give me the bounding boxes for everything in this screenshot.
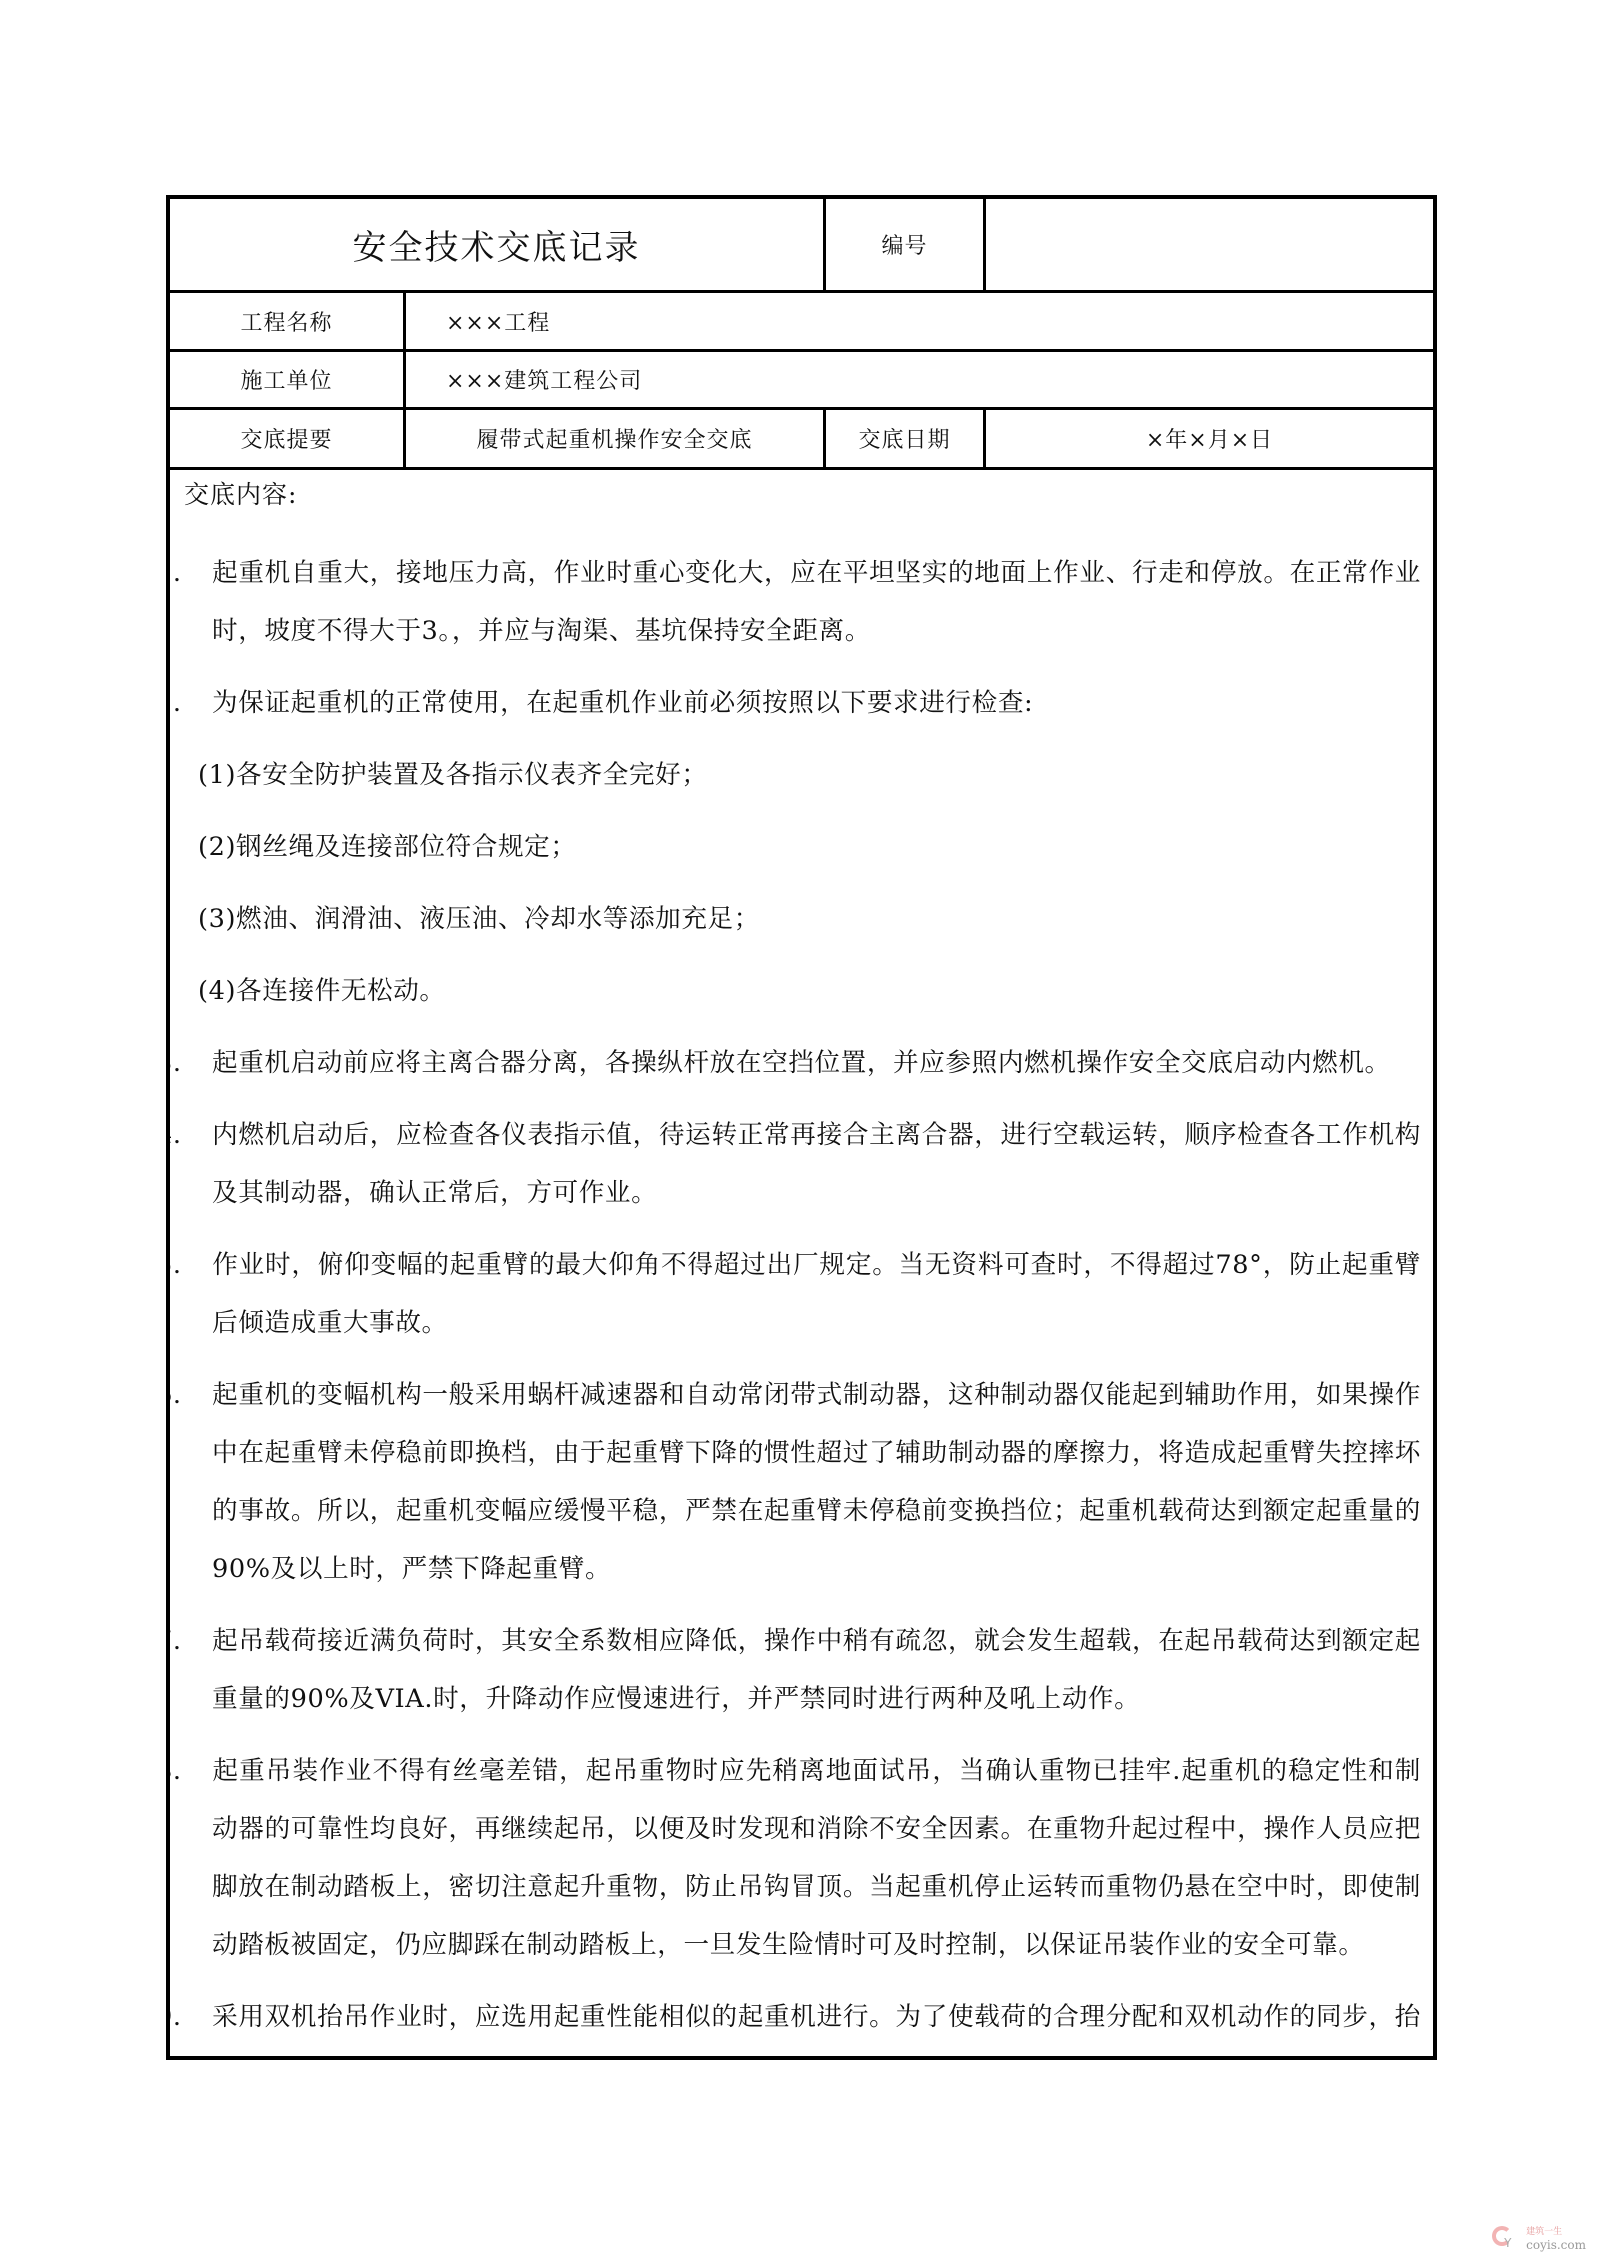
item-number: 5. bbox=[184, 1236, 212, 1294]
item-number: 4. bbox=[184, 1106, 212, 1164]
content-item-2: 2.为保证起重机的正常使用，在起重机作业前必须按照以下要求进行检查: bbox=[184, 674, 1421, 732]
content-item-5: 5.作业时，俯仰变幅的起重臂的最大仰角不得超过出厂规定。当无资料可查时，不得超过… bbox=[184, 1236, 1421, 1352]
content-item-9: 9.采用双机抬吊作业时，应选用起重性能相似的起重机进行。为了使载荷的合理分配和双… bbox=[184, 1988, 1421, 2056]
date-label: 交底日期 bbox=[858, 423, 950, 454]
site-watermark: Y 建筑一生 coyis.com bbox=[1492, 2226, 1586, 2252]
content-item-6: 6.起重机的变幅机构一般采用蜗杆减速器和自动常闭带式制动器，这种制动器仅能起到辅… bbox=[184, 1366, 1421, 1598]
project-name-label-cell: 工程名称 bbox=[170, 293, 403, 349]
summary-row: 交底提要 履带式起重机操作安全交底 交底日期 ×年×月×日 bbox=[170, 410, 1433, 470]
item-text: 起重吊装作业不得有丝毫差错，起吊重物时应先稍离地面试吊，当确认重物已挂牢.起重机… bbox=[212, 1756, 1421, 1960]
item-number: 7. bbox=[184, 1612, 212, 1670]
watermark-en: coyis.com bbox=[1526, 2239, 1586, 2252]
item-number: 9. bbox=[184, 1988, 212, 2046]
contractor-row: 施工单位 ×××建筑工程公司 bbox=[170, 352, 1433, 410]
item-number: 3. bbox=[184, 1034, 212, 1092]
item-number: 6. bbox=[184, 1366, 212, 1424]
summary-value-cell: 履带式起重机操作安全交底 bbox=[403, 410, 823, 467]
project-name-label: 工程名称 bbox=[240, 306, 332, 337]
title-cell: 安全技术交底记录 bbox=[170, 199, 823, 290]
title-row: 安全技术交底记录 编号 bbox=[170, 199, 1433, 293]
content-item-3: 3.起重机启动前应将主离合器分离，各操纵杆放在空挡位置，并应参照内燃机操作安全交… bbox=[184, 1034, 1421, 1092]
date-value: ×年×月×日 bbox=[1146, 423, 1273, 454]
item-text: 采用双机抬吊作业时，应选用起重性能相似的起重机进行。为了使载荷的合理分配和双机动… bbox=[212, 2002, 1421, 2056]
project-name-value: ×××工程 bbox=[446, 306, 550, 337]
check-item-1: (1)各安全防护装置及各指示仪表齐全完好； bbox=[198, 746, 1421, 804]
item-text: 作业时，俯仰变幅的起重臂的最大仰角不得超过出厂规定。当无资料可查时，不得超过78… bbox=[212, 1250, 1421, 1338]
item-text: 起重机自重大，接地压力高，作业时重心变化大，应在平坦坚实的地面上作业、行走和停放… bbox=[212, 558, 1421, 646]
item-text: 内燃机启动后，应检查各仪表指示值，待运转正常再接合主离合器，进行空载运转，顺序检… bbox=[212, 1120, 1421, 1208]
summary-value: 履带式起重机操作安全交底 bbox=[476, 423, 752, 454]
content-item-1: 1.起重机自重大，接地压力高，作业时重心变化大，应在平坦坚实的地面上作业、行走和… bbox=[184, 544, 1421, 660]
item-number: 1. bbox=[184, 544, 212, 602]
number-value-cell bbox=[983, 199, 1433, 290]
item-text: 起重机的变幅机构一般采用蜗杆减速器和自动常闭带式制动器，这种制动器仅能起到辅助作… bbox=[212, 1380, 1421, 1584]
content-item-8: 8.起重吊装作业不得有丝毫差错，起吊重物时应先稍离地面试吊，当确认重物已挂牢.起… bbox=[184, 1742, 1421, 1974]
number-label-cell: 编号 bbox=[823, 199, 983, 290]
date-label-cell: 交底日期 bbox=[823, 410, 983, 467]
project-name-value-cell: ×××工程 bbox=[403, 293, 1433, 349]
item-text: 起吊载荷接近满负荷时，其安全系数相应降低，操作中稍有疏忽，就会发生超载，在起吊载… bbox=[212, 1626, 1421, 1714]
contractor-label-cell: 施工单位 bbox=[170, 352, 403, 407]
number-label: 编号 bbox=[881, 229, 927, 260]
item-text: 起重机启动前应将主离合器分离，各操纵杆放在空挡位置，并应参照内燃机操作安全交底启… bbox=[212, 1048, 1391, 1078]
contractor-label: 施工单位 bbox=[240, 364, 332, 395]
date-value-cell: ×年×月×日 bbox=[983, 410, 1433, 467]
item-number: 8. bbox=[184, 1742, 212, 1800]
item-number: 2. bbox=[184, 674, 212, 732]
coyis-logo-icon: Y bbox=[1492, 2226, 1520, 2252]
contractor-value-cell: ×××建筑工程公司 bbox=[403, 352, 1433, 407]
safety-briefing-record-form: 安全技术交底记录 编号 工程名称 ×××工程 施工单位 ×××建筑工程公司 交底… bbox=[166, 195, 1437, 2060]
content-item-7: 7.起吊载荷接近满负荷时，其安全系数相应降低，操作中稍有疏忽，就会发生超载，在起… bbox=[184, 1612, 1421, 1728]
check-item-2: (2)钢丝绳及连接部位符合规定； bbox=[198, 818, 1421, 876]
summary-label-cell: 交底提要 bbox=[170, 410, 403, 467]
project-name-row: 工程名称 ×××工程 bbox=[170, 293, 1433, 352]
summary-label: 交底提要 bbox=[240, 423, 332, 454]
check-item-3: (3)燃油、润滑油、液压油、冷却水等添加充足； bbox=[198, 890, 1421, 948]
content-item-4: 4.内燃机启动后，应检查各仪表指示值，待运转正常再接合主离合器，进行空载运转，顺… bbox=[184, 1106, 1421, 1222]
check-item-4: (4)各连接件无松动。 bbox=[198, 962, 1421, 1020]
page-title: 安全技术交底记录 bbox=[353, 220, 641, 269]
content-heading: 交底内容: bbox=[184, 480, 1421, 510]
item-text: 为保证起重机的正常使用，在起重机作业前必须按照以下要求进行检查: bbox=[212, 688, 1033, 718]
briefing-content: 交底内容: 1.起重机自重大，接地压力高，作业时重心变化大，应在平坦坚实的地面上… bbox=[170, 466, 1433, 2056]
contractor-value: ×××建筑工程公司 bbox=[446, 364, 642, 395]
